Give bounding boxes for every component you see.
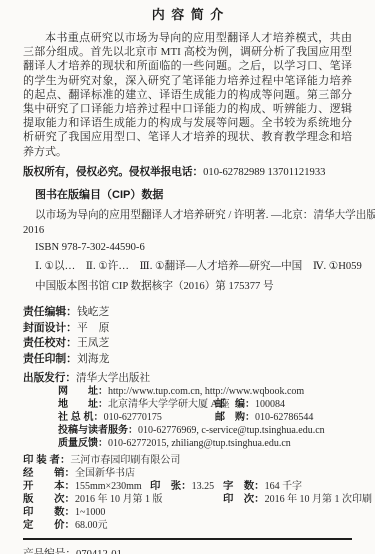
field-label: 印 次： [223,494,265,505]
field-label: 邮 购： [215,412,255,423]
field-label: 出版发行： [23,372,76,384]
field-value: 155mm×230mm [75,481,142,492]
field-value: 68.00元 [75,520,108,531]
credits-block: 责任编辑：钱屹芝 封面设计：平 原 责任校对：王凤芝 责任印制：刘海龙 [23,305,352,367]
field-value: 164 千字 [265,481,303,492]
book-copyright-page: 内容简介 本书重点研究以市场为导向的应用型翻译人才培养模式，共由三部分组成。首先… [0,0,375,554]
field-value: 北京清华大学学研大厦 A 座 [108,399,230,410]
field-value: 100084 [255,399,285,410]
colophon-row-edition: 版 次：2016 年 10 月第 1 版印 次：2016 年 10 月第 1 次… [23,493,352,506]
field-label: 经 销： [23,468,75,479]
field-value: 三河市春园印刷有限公司 [70,455,180,466]
publisher-row-quality-feedback: 质量反馈：010-62772015, zhiliang@tup.tsinghua… [58,437,352,450]
impression-field: 印 次：2016 年 10 月第 1 次印刷 [223,493,372,506]
website-urls: http://www.tup.com.cn, http://www.wqbook… [108,386,304,397]
credit-row-editor: 责任编辑：钱屹芝 [23,305,352,320]
publisher-name: 清华大学出版社 [76,373,150,384]
field-label: 字 数： [223,481,265,492]
colophon-row-price: 定 价：68.00元 [23,519,352,532]
field-label: 定 价： [23,520,75,531]
field-label: 印 张： [150,481,192,492]
field-value: 钱屹芝 [77,306,109,318]
cip-registry: 中国版本图书馆 CIP 数据核字（2016）第 175377 号 [35,280,352,294]
publisher-row-reader-service: 投稿与读者服务：010-62776969, c-service@tup.tsin… [58,424,352,437]
field-value: 王凤芝 [77,337,109,349]
publisher-row-address: 地 址：北京清华大学学研大厦 A 座邮 编：100084 [58,398,352,411]
page-title: 内容简介 [23,6,352,23]
field-label: 地 址： [58,399,108,410]
cip-entry-line1: 以市场为导向的应用型翻译人才培养研究 / 许明著. —北京：清华大学出版社， [35,209,352,223]
field-value: 070412-01 [76,549,122,554]
cip-isbn: ISBN 978-7-302-44590-6 [35,241,352,255]
copyright-notice-text: 版权所有，侵权必究。侵权举报电话： [23,166,203,178]
field-label: 版 次： [23,494,75,505]
field-value: 2016 年 10 月第 1 版 [75,494,163,505]
field-label: 责任编辑： [23,306,77,318]
field-label: 社 总 机： [58,412,104,423]
copyright-notice: 版权所有，侵权必究。侵权举报电话：010-62782989 1370112193… [23,166,352,180]
divider-rule [23,538,352,540]
credit-row-proofreader: 责任校对：王凤芝 [23,336,352,351]
field-value: 刘海龙 [77,353,109,365]
field-value: 13.25 [192,481,215,492]
cip-entry-line2: 2016 [23,224,352,238]
credit-row-cover-design: 封面设计：平 原 [23,321,352,336]
field-label: 责任印制： [23,353,77,365]
field-label: 质量反馈： [58,438,108,449]
colophon-row-print-run: 印 数：1~1000 [23,506,352,519]
abstract-paragraph: 本书重点研究以市场为导向的应用型翻译人才培养模式，共由三部分组成。首先以北京市 … [23,31,352,159]
field-value: 010-62776969, c-service@tup.tsinghua.edu… [138,425,325,436]
report-phone-numbers: 010-62782989 13701121933 [203,167,325,178]
field-value: 010-62772015, zhiliang@tup.tsinghua.edu.… [108,438,291,449]
field-value: 全国新华书店 [75,468,135,479]
cip-classification: Ⅰ. ①以… Ⅱ. ①许… Ⅲ. ①翻译—人才培养—研究—中国 Ⅳ. ①H059 [35,260,352,274]
field-label: 邮 编： [215,399,255,410]
field-label: 网 址： [58,386,108,397]
publisher-block: 出版发行：清华大学出版社 网 址：http://www.tup.com.cn, … [23,372,352,451]
mail-order-field: 邮 购：010-62786544 [215,411,313,424]
sheets-field: 印 张：13.25 [150,480,214,493]
field-label: 印 数： [23,507,75,518]
field-label: 开 本： [23,481,75,492]
field-label: 印 装 者： [23,455,70,466]
field-label: 封面设计： [23,322,77,334]
field-value: 010-62770175 [104,412,162,423]
publisher-row-website: 网 址：http://www.tup.com.cn, http://www.wq… [58,385,352,398]
colophon-row-printer: 印 装 者：三河市春园印刷有限公司 [23,454,352,467]
field-value: 1~1000 [75,507,105,518]
publisher-row: 出版发行：清华大学出版社 [23,372,352,385]
postcode-field: 邮 编：100084 [215,398,285,411]
colophon-row-distributor: 经 销：全国新华书店 [23,467,352,480]
field-label: 投稿与读者服务： [58,425,138,436]
colophon-block: 印 装 者：三河市春园印刷有限公司 经 销：全国新华书店 开 本：155mm×2… [23,454,352,533]
field-label: 产品编号： [23,549,76,554]
colophon-row-format: 开 本：155mm×230mm印 张：13.25字 数：164 千字 [23,480,352,493]
credit-row-print-supervisor: 责任印制：刘海龙 [23,352,352,367]
field-label: 责任校对： [23,337,77,349]
product-code-row: 产品编号：070412-01 [23,548,352,554]
field-value: 平 原 [77,322,109,334]
cip-heading: 图书在版编目（CIP）数据 [35,189,352,203]
publisher-row-switchboard: 社 总 机：010-62770175邮 购：010-62786544 [58,411,352,424]
field-value: 010-62786544 [255,412,313,423]
field-value: 2016 年 10 月第 1 次印刷 [265,494,373,505]
wordcount-field: 字 数：164 千字 [223,480,302,493]
publisher-details: 网 址：http://www.tup.com.cn, http://www.wq… [58,385,352,450]
